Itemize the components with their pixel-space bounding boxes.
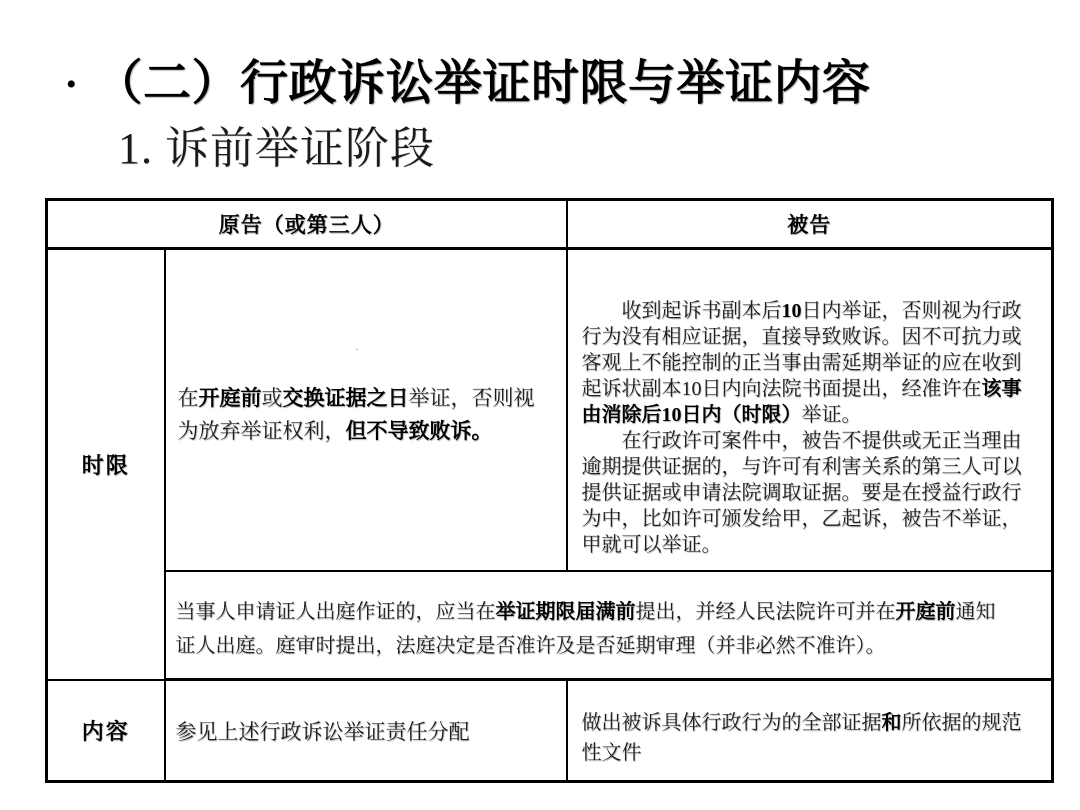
witness-note-cell: 当事人申请证人出庭作证的，应当在举证期限届满前提出，并经人民法院许可并在开庭前通…	[165, 571, 1053, 680]
row-label-time-limit: 时限	[47, 249, 165, 680]
defendant-time-limit-cell: 收到起诉书副本后10日内举证，否则视为行政行为没有相应证据，直接导致败诉。因不可…	[567, 249, 1053, 571]
plaintiff-content-cell: 参见上述行政诉讼举证责任分配	[165, 680, 567, 782]
witness-note-row: 当事人申请证人出庭作证的，应当在举证期限届满前提出，并经人民法院许可并在开庭前通…	[47, 571, 1053, 680]
plaintiff-time-limit-text: 在开庭前或交换证据之日举证，否则视为放弃举证权利，但不导致败诉。	[178, 382, 548, 448]
bullet-icon: •	[66, 70, 77, 100]
stray-mark: .	[356, 342, 359, 353]
page-title: （二）行政诉讼举证时限与举证内容	[95, 58, 871, 111]
defendant-content-cell: 做出被诉具体行政行为的全部证据和所依据的规范性文件	[567, 680, 1053, 782]
row-label-content: 内容	[47, 680, 165, 782]
plaintiff-time-limit-cell: . 在开庭前或交换证据之日举证，否则视为放弃举证权利，但不导致败诉。	[165, 249, 567, 571]
table-header-row: 原告（或第三人） 被告	[47, 200, 1053, 249]
content-row: 内容 参见上述行政诉讼举证责任分配 做出被诉具体行政行为的全部证据和所依据的规范…	[47, 680, 1053, 782]
time-limit-row: 时限 . 在开庭前或交换证据之日举证，否则视为放弃举证权利，但不导致败诉。 收到…	[47, 249, 1053, 571]
slide-subtitle: 1. 诉前举证阶段	[118, 121, 435, 176]
header-cell-defendant: 被告	[567, 200, 1053, 249]
evidence-table: 原告（或第三人） 被告 时限 . 在开庭前或交换证据之日举证，否则视为放弃举证权…	[45, 198, 1054, 783]
slide-title-line: • （二）行政诉讼举证时限与举证内容	[66, 58, 871, 111]
defendant-time-limit-paragraph-1: 收到起诉书副本后10日内举证，否则视为行政行为没有相应证据，直接导致败诉。因不可…	[582, 298, 1038, 428]
slide: • （二）行政诉讼举证时限与举证内容 1. 诉前举证阶段 原告（或第三人） 被告…	[0, 0, 1080, 810]
defendant-time-limit-paragraph-2: 在行政许可案件中，被告不提供或无正当理由逾期提供证据的，与许可有利害关系的第三人…	[582, 428, 1038, 558]
header-cell-plaintiff: 原告（或第三人）	[47, 200, 567, 249]
